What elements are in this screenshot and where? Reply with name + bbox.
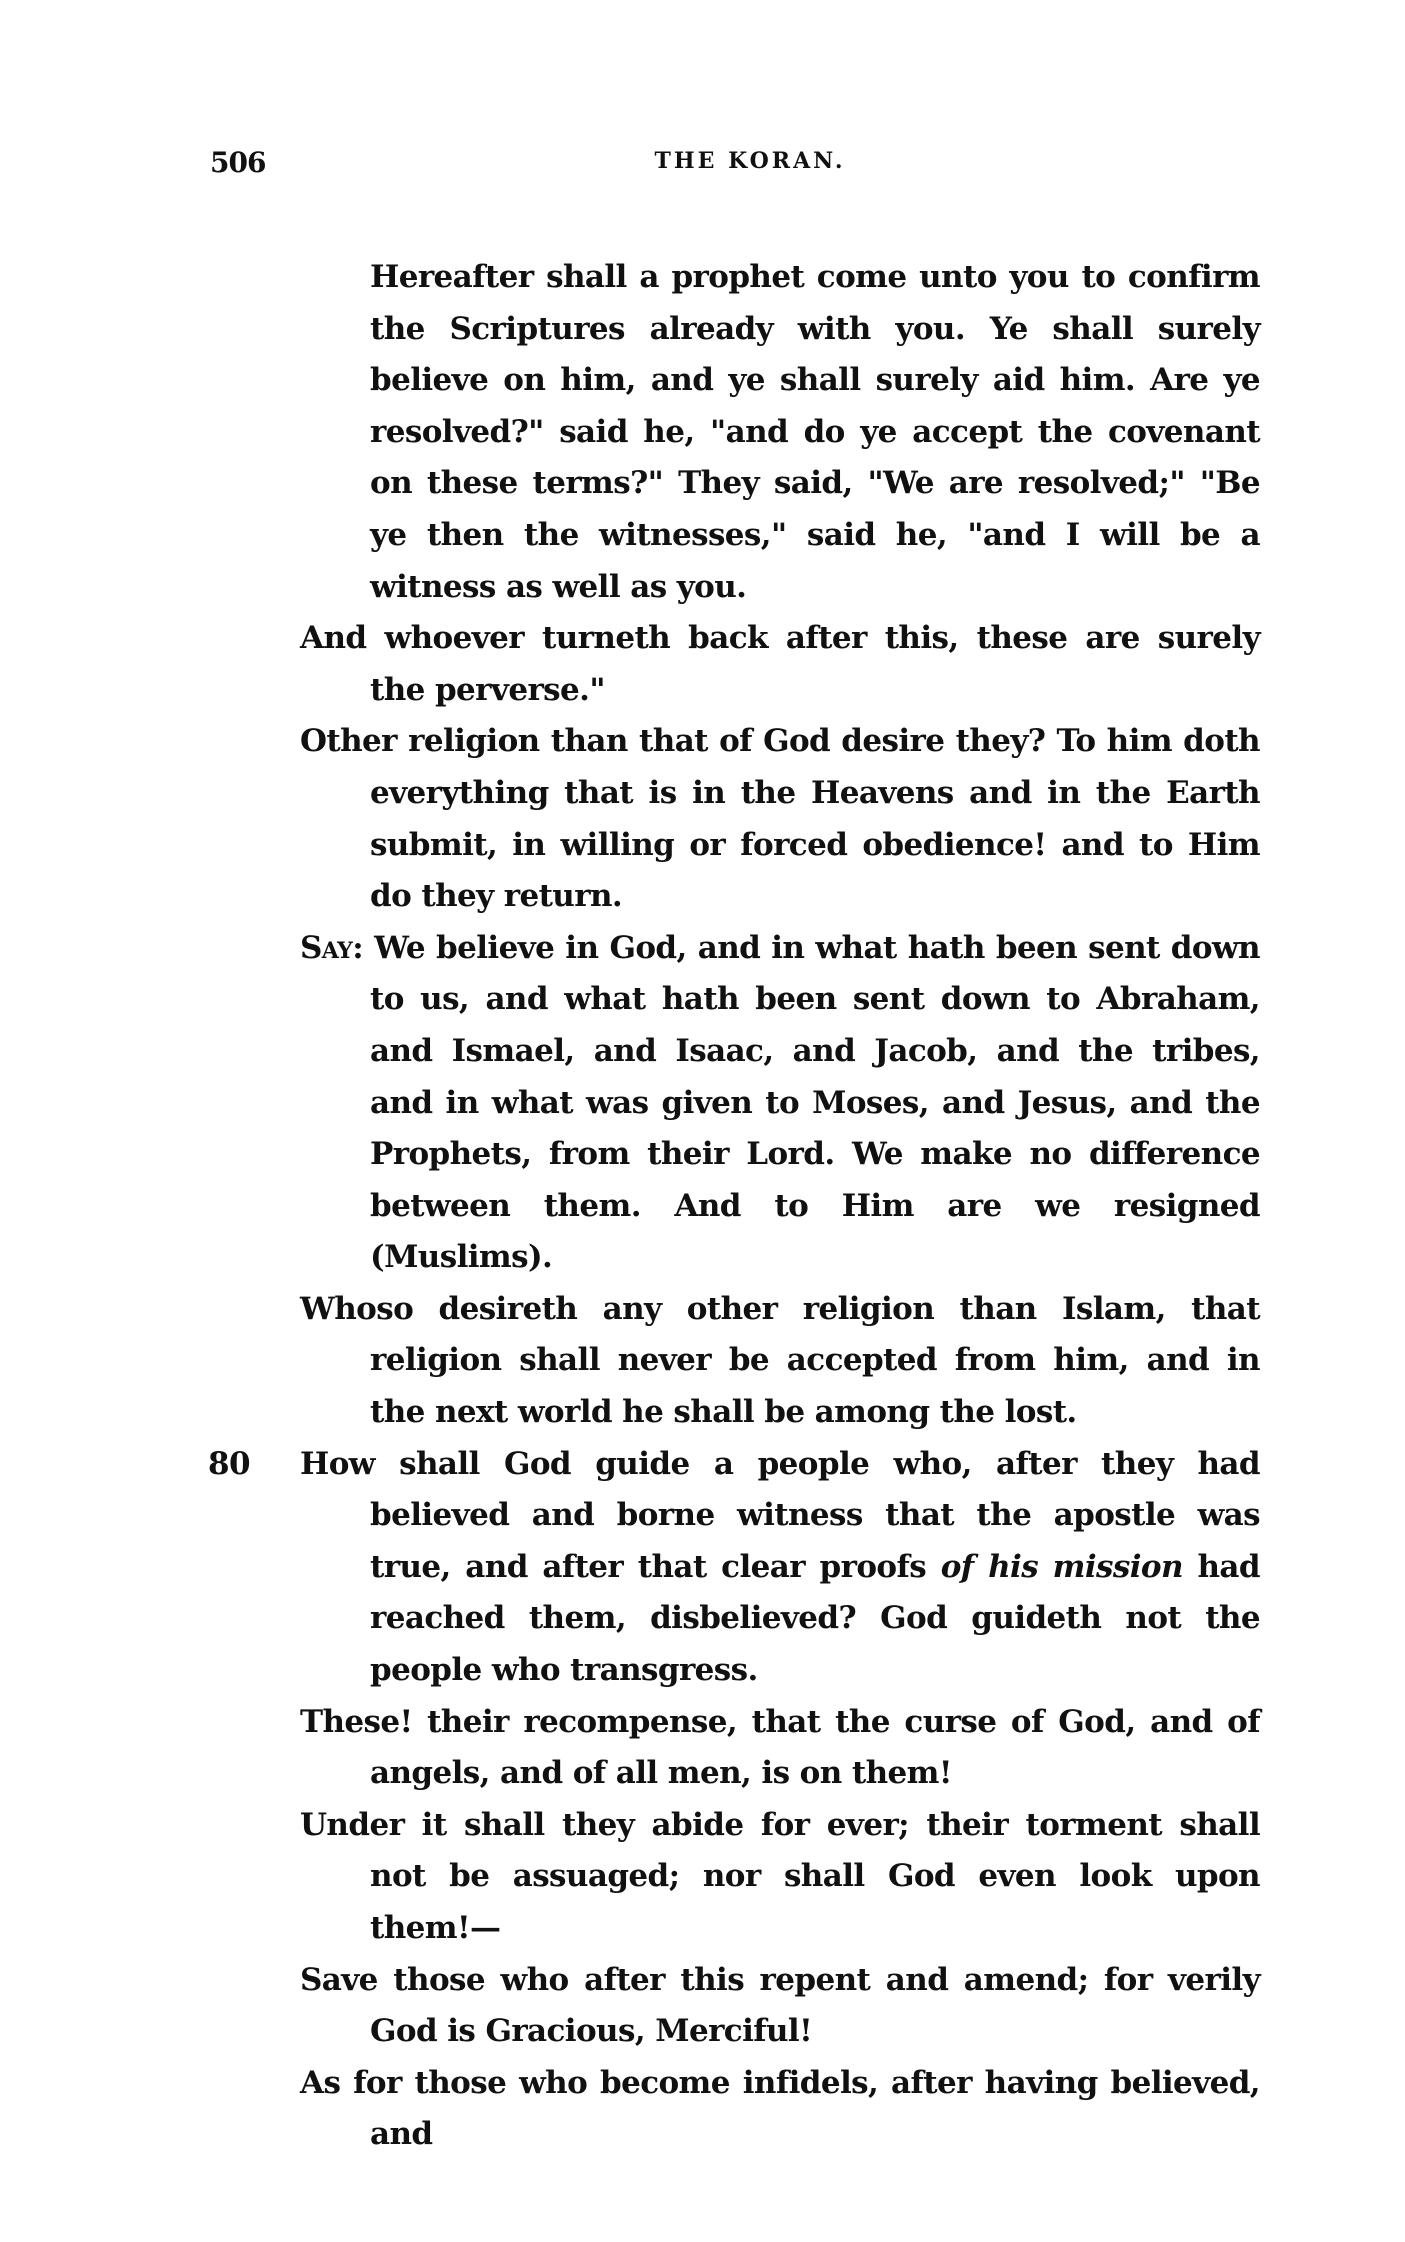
book-page: 506 THE KORAN. Hereafter shall a prophet… bbox=[0, 0, 1405, 2242]
paragraph-continued: Hereafter shall a prophet come unto you … bbox=[300, 252, 1260, 613]
paragraph-say: Say: We believe in God, and in what hath… bbox=[300, 923, 1260, 1284]
paragraph-text: Other religion than that of God desire t… bbox=[300, 723, 1260, 914]
running-head: 506 THE KORAN. bbox=[210, 146, 1250, 186]
paragraph-text: As for those who become infidels, after … bbox=[300, 2065, 1260, 2153]
paragraph-text: Under it shall they abide for ever; thei… bbox=[300, 1807, 1260, 1946]
paragraph-text: And whoever turneth back after this, the… bbox=[300, 620, 1260, 708]
paragraph-text: Hereafter shall a prophet come unto you … bbox=[370, 259, 1260, 605]
verse-number: 80 bbox=[208, 1439, 250, 1491]
paragraph-text: These! their recompense, that the curse … bbox=[300, 1704, 1260, 1792]
paragraph-verse-80: 80 How shall God guide a people who, aft… bbox=[300, 1439, 1260, 1697]
paragraph: Under it shall they abide for ever; thei… bbox=[300, 1800, 1260, 1955]
paragraph-text: Save those who after this repent and ame… bbox=[300, 1962, 1260, 2050]
paragraph: Whoso desireth any other religion than I… bbox=[300, 1284, 1260, 1439]
running-title: THE KORAN. bbox=[210, 148, 1250, 174]
paragraph: As for those who become infidels, after … bbox=[300, 2058, 1260, 2161]
paragraph-text: Whoso desireth any other religion than I… bbox=[300, 1291, 1260, 1430]
paragraph-text: : We believe in God, and in what hath be… bbox=[352, 930, 1260, 1276]
body-text: Hereafter shall a prophet come unto you … bbox=[300, 252, 1260, 2161]
paragraph: Save those who after this repent and ame… bbox=[300, 1955, 1260, 2058]
paragraph: These! their recompense, that the curse … bbox=[300, 1697, 1260, 1800]
italic-phrase: of his mission bbox=[941, 1549, 1183, 1585]
paragraph: And whoever turneth back after this, the… bbox=[300, 613, 1260, 716]
paragraph: Other religion than that of God desire t… bbox=[300, 716, 1260, 922]
say-smallcaps: Say bbox=[300, 930, 352, 966]
